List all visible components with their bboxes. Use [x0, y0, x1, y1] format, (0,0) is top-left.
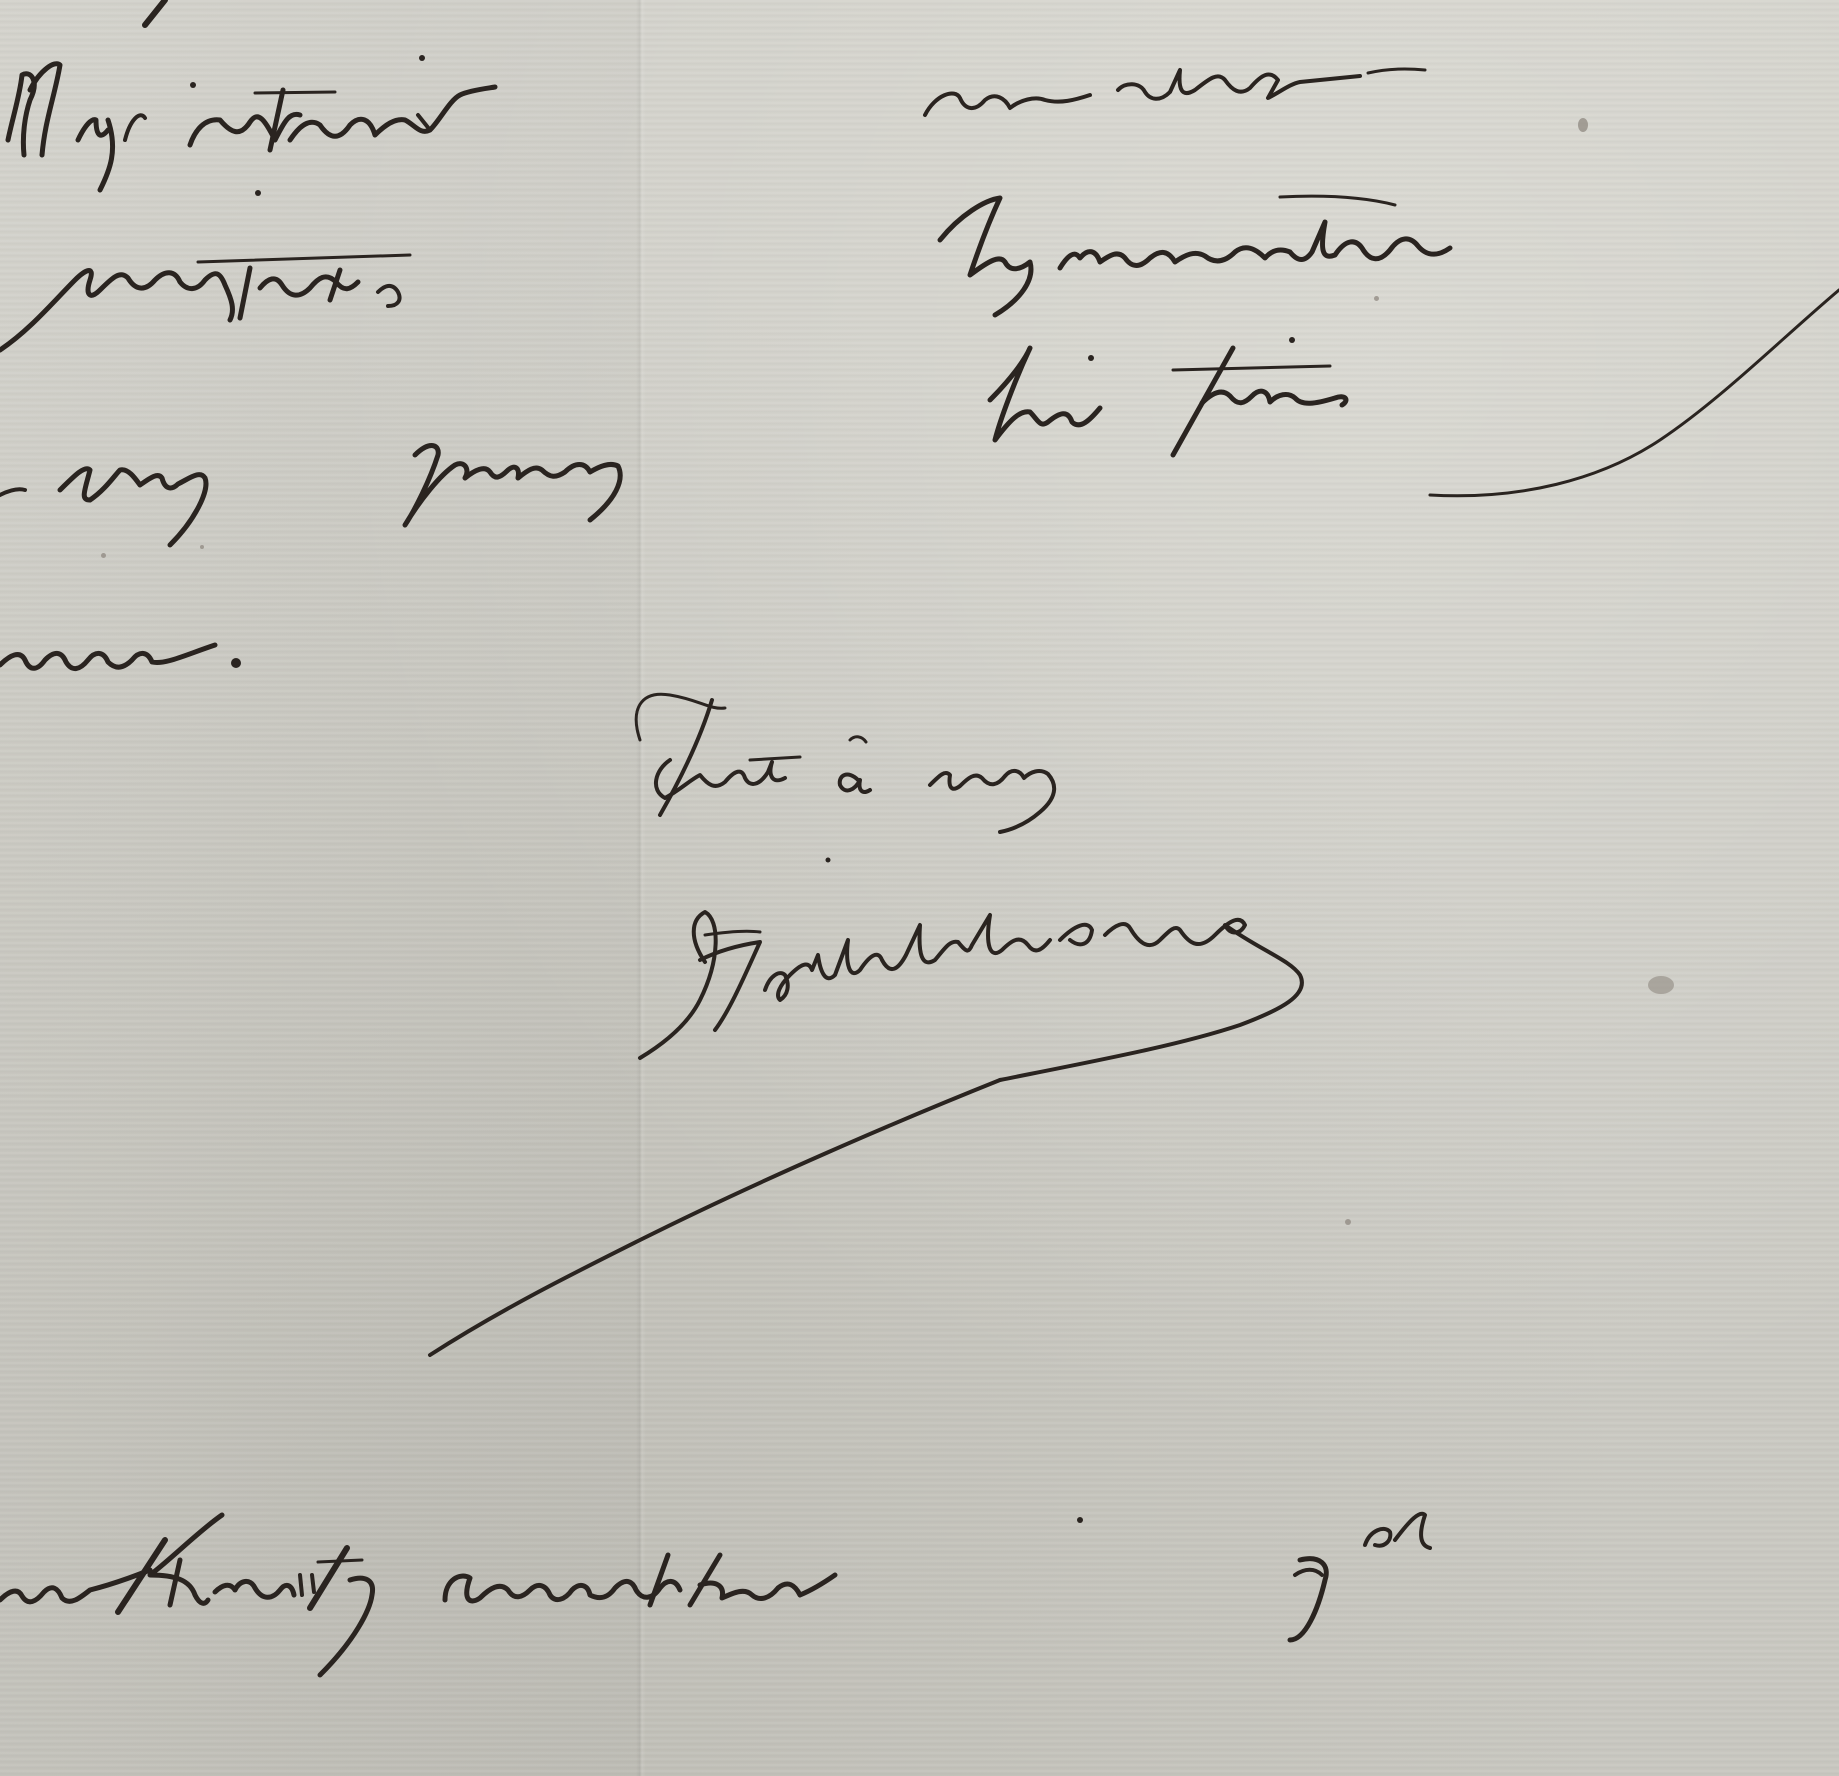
- line-1-strokes: [8, 55, 1425, 190]
- letter-page: Il s'y ajouterait avec adresse promptitu…: [0, 0, 1839, 1776]
- closing-strokes: [636, 694, 1054, 832]
- line-4-strokes: [0, 645, 241, 669]
- signature-strokes: [430, 858, 1302, 1356]
- line-2-strokes: [0, 190, 1839, 496]
- postscript-strokes: [0, 1514, 1430, 1675]
- handwriting-strokes: [0, 0, 1839, 1776]
- line-3-strokes: [0, 337, 1346, 545]
